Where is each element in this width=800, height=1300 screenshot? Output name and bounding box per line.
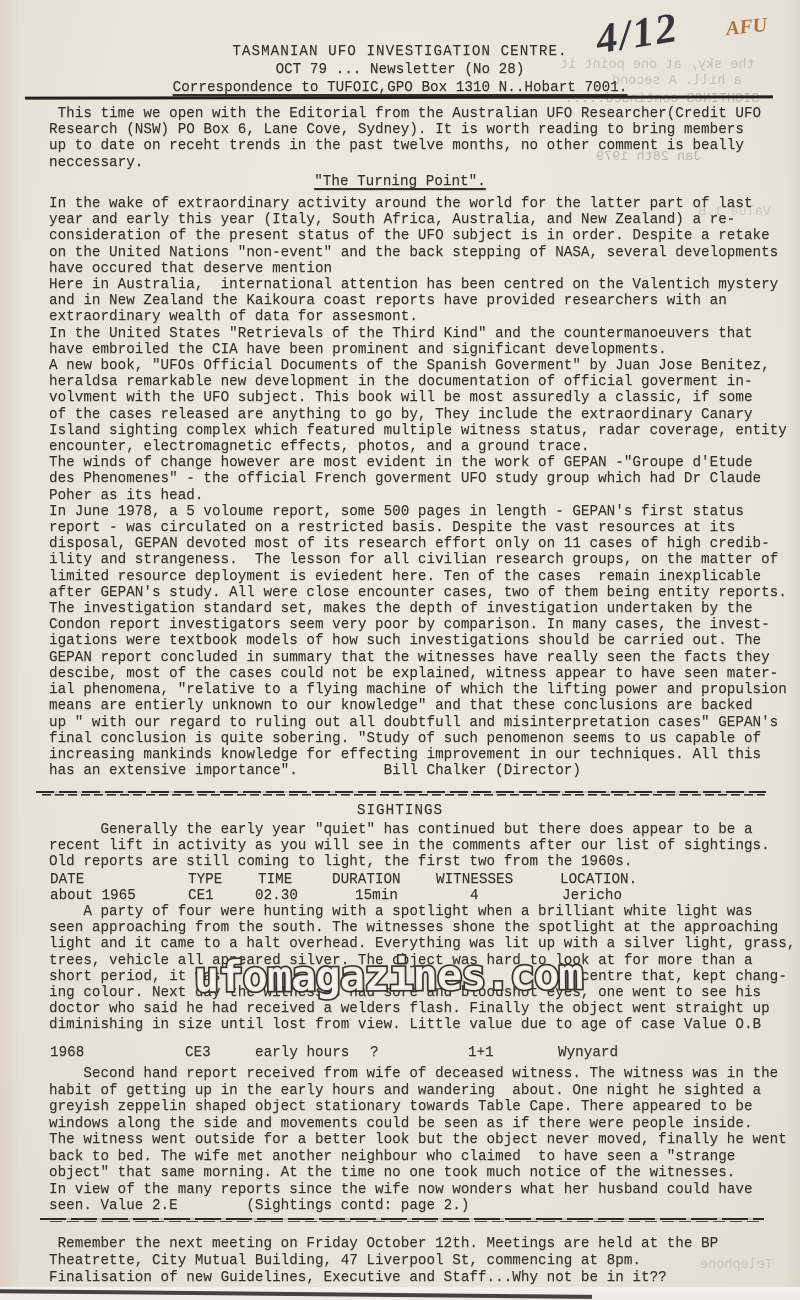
footer-divider (40, 1218, 764, 1224)
table-header-type: TYPE (188, 872, 222, 888)
table-header-duration: DURATION (332, 872, 401, 888)
cell-duration: 15min (355, 888, 398, 904)
cell-witnesses: 1+1 (468, 1045, 494, 1061)
cell-location: Wynyard (558, 1045, 618, 1061)
cell-time: 02.30 (255, 888, 298, 904)
sighting-report-1968: Second hand report received from wife of… (49, 1066, 787, 1215)
watermark: ufomagazines.com (194, 950, 583, 1002)
table-header-date: DATE (50, 872, 84, 888)
cell-location: Jericho (562, 888, 622, 904)
table-header-witnesses: WITNESSES (436, 872, 513, 888)
cell-duration: ? (370, 1045, 379, 1061)
sightings-intro: Generally the early year "quiet" has con… (49, 822, 770, 871)
cell-date: about 1965 (50, 888, 136, 904)
editorial-heading-text: "The Turning Point". (314, 174, 486, 190)
meeting-notice: Remember the next meeting on Friday Octo… (49, 1236, 718, 1287)
cell-date: 1968 (50, 1045, 84, 1061)
table-header-location: LOCATION. (560, 872, 637, 888)
newsletter-page: SIGHTINGS continued..... Jan 28th 1979 t… (0, 0, 800, 1300)
table-header-time: TIME (258, 872, 292, 888)
newsletter-title: TASMANIAN UFO INVESTIGATION CENTRE. (0, 44, 800, 60)
handwritten-archive-mark: AFU (725, 14, 768, 41)
editorial-heading: "The Turning Point". (0, 174, 800, 190)
cell-time: early hours (255, 1045, 349, 1061)
editorial-intro: This time we open with the Editorial fro… (49, 106, 761, 171)
section-divider (36, 791, 766, 797)
cell-type: CE1 (188, 888, 214, 904)
sightings-title: SIGHTINGS (0, 803, 800, 819)
newsletter-issue: OCT 79 ... Newsletter (No 28) (0, 62, 800, 78)
cell-type: CE3 (185, 1045, 211, 1061)
editorial-body: In the wake of extraordinary activity ar… (49, 196, 787, 779)
cell-witnesses: 4 (470, 888, 479, 904)
correspondence-text: Correspondence to TUFOIC,GPO Box 1310 N.… (173, 80, 628, 96)
newsletter-correspondence: Correspondence to TUFOIC,GPO Box 1310 N.… (0, 80, 800, 96)
